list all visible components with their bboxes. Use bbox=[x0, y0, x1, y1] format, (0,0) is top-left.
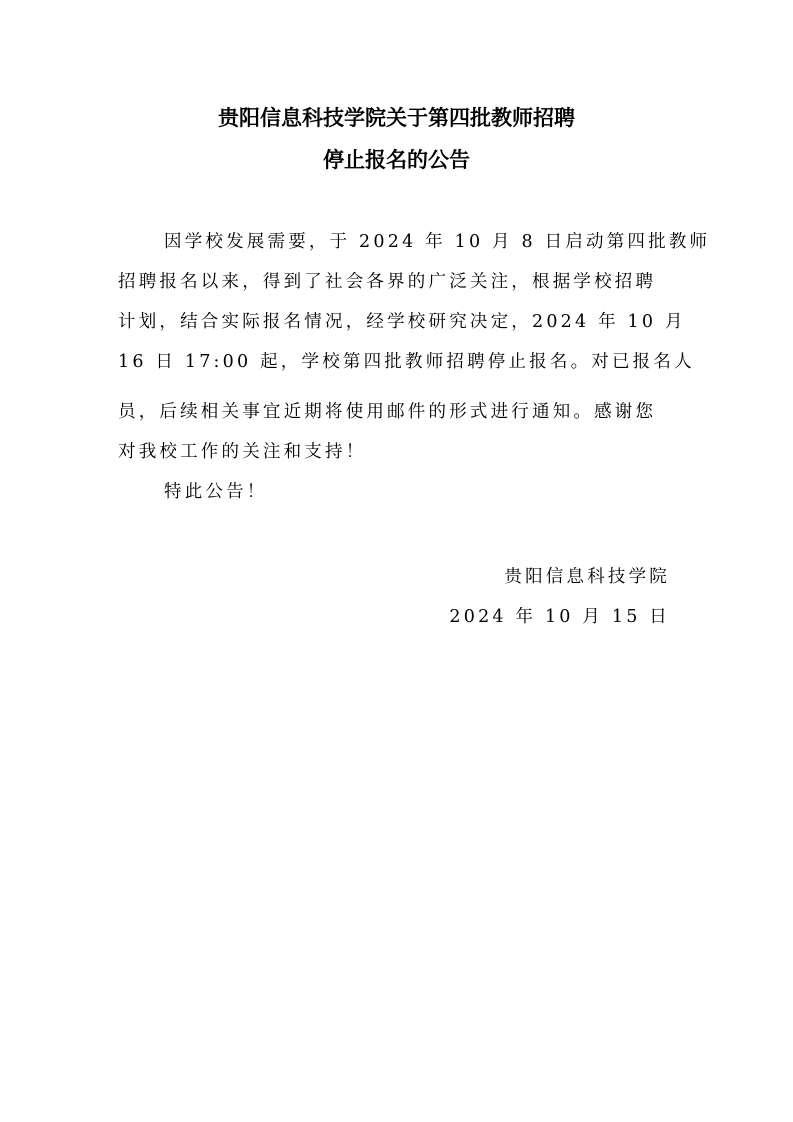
body-line: 因学校发展需要，于 2024 年 10 月 8 日启动第四批教师 bbox=[164, 230, 724, 254]
signature-date: 2024 年 10 月 15 日 bbox=[449, 605, 670, 629]
closing-statement: 特此公告！ bbox=[164, 480, 724, 504]
body-line: 员，后续相关事宜近期将使用邮件的形式进行通知。感谢您 bbox=[118, 400, 678, 424]
document-title-line-1: 贵阳信息科技学院关于第四批教师招聘 bbox=[0, 104, 793, 132]
body-line: 计划，结合实际报名情况，经学校研究决定，2024 年 10 月 bbox=[118, 310, 678, 334]
body-line: 招聘报名以来，得到了社会各界的广泛关注，根据学校招聘 bbox=[118, 270, 678, 294]
signature-organization: 贵阳信息科技学院 bbox=[504, 565, 670, 589]
document-title-line-2: 停止报名的公告 bbox=[0, 146, 793, 174]
document-page: 贵阳信息科技学院关于第四批教师招聘 停止报名的公告 因学校发展需要，于 2024… bbox=[0, 0, 793, 1122]
body-line: 16 日 17:00 起，学校第四批教师招聘停止报名。对已报名人 bbox=[118, 350, 678, 374]
body-line: 对我校工作的关注和支持！ bbox=[118, 440, 678, 464]
